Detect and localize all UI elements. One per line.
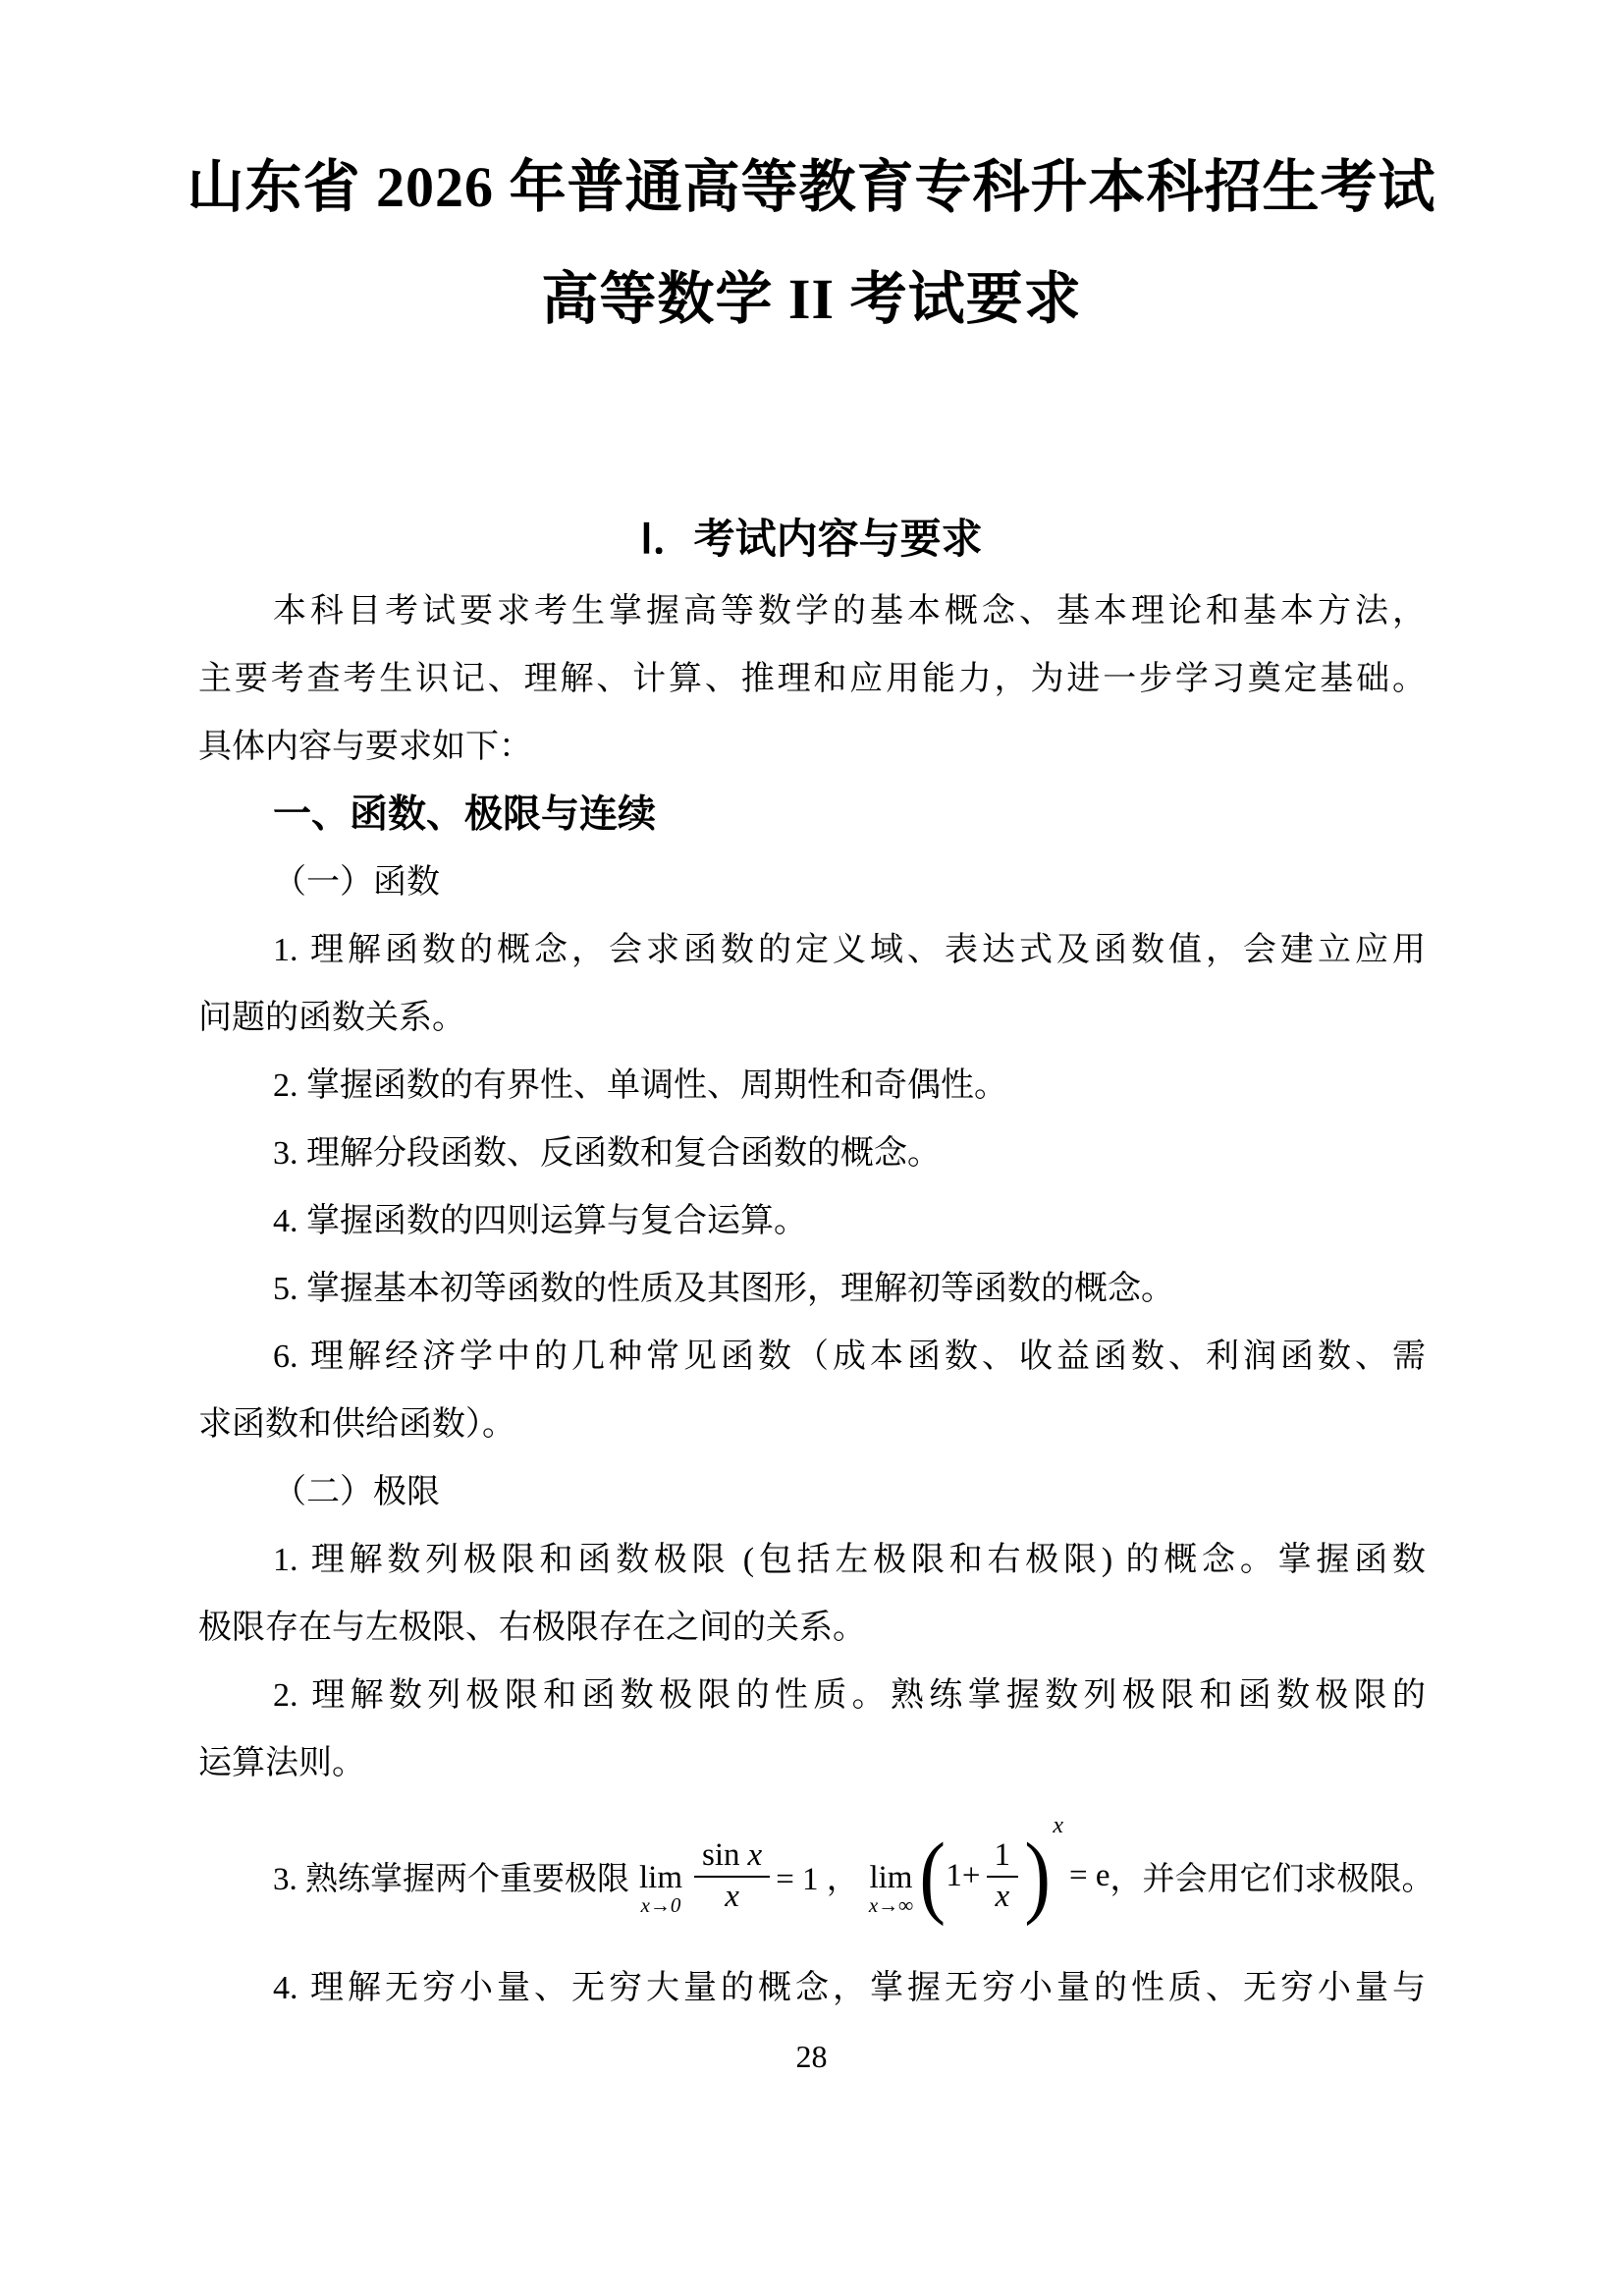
text-line-content: 主要考查考生识记、理解、计算、推理和应用能力，为进一步学习奠定基础。 [198, 661, 1426, 697]
one-plus: 1+ [946, 1858, 980, 1894]
text-line: （一）函数 [198, 848, 1426, 916]
fraction-1-over-x: 1 x [987, 1838, 1019, 1914]
text-line-content: 1. 理解数列极限和函数极限 (包括左极限和右极限) 的概念。掌握函数 [273, 1542, 1426, 1578]
text-line-content: 极限存在与左极限、右极限存在之间的关系。 [198, 1610, 866, 1646]
text-line-content: 1. 理解函数的概念，会求函数的定义域、表达式及函数值，会建立应用 [273, 932, 1426, 968]
sin-word: sin [702, 1837, 740, 1873]
text-line-content: 具体内容与要求如下： [198, 729, 532, 765]
formula-suffix: ，并会用它们求极限。 [1110, 1853, 1434, 1899]
open-paren: ( [919, 1828, 946, 1924]
lim-subscript-x-to-infinity: x→∞ [869, 1894, 913, 1917]
equals-e: = e [1069, 1858, 1110, 1894]
section-heading: Ⅰ．考试内容与要求 [0, 503, 1623, 575]
tail-lines: 4. 理解无穷小量、无穷大量的概念，掌握无穷小量的性质、无穷小量与 [198, 1954, 1426, 2022]
body-lines: 本科目考试要求考生掌握高等数学的基本概念、基本理论和基本方法， 主要考查考生识记… [198, 577, 1426, 1797]
text-line-content: 4. 理解无穷小量、无穷大量的概念，掌握无穷小量的性质、无穷小量与 [273, 1970, 1426, 2006]
text-line: 5. 掌握基本初等函数的性质及其图形，理解初等函数的概念。 [198, 1255, 1426, 1323]
fraction-denominator: x [725, 1878, 739, 1914]
text-line: 1. 理解函数的概念，会求函数的定义域、表达式及函数值，会建立应用 [198, 916, 1426, 984]
text-line: 求函数和供给函数）。 [198, 1391, 1426, 1458]
formula-line: 3. 熟练掌握两个重要极限 lim x→0 sinx x = 1 ， lim x… [198, 1797, 1426, 1954]
text-line-content: 运算法则。 [198, 1745, 365, 1781]
document-title-line2: 高等数学 II 考试要求 [0, 244, 1623, 355]
text-line: 一、函数、极限与连续 [198, 781, 1426, 848]
lim-operator: lim [639, 1862, 682, 1894]
variable-x: x [748, 1837, 763, 1873]
text-line: 4. 理解无穷小量、无穷大量的概念，掌握无穷小量的性质、无穷小量与 [198, 1954, 1426, 2022]
variable-x: x [995, 1879, 1009, 1914]
text-line-content: （二）极限 [273, 1474, 440, 1510]
document-body: 本科目考试要求考生掌握高等数学的基本概念、基本理论和基本方法， 主要考查考生识记… [198, 577, 1426, 2022]
exponent-x: x [1053, 1813, 1063, 1839]
text-line: 6. 理解经济学中的几种常见函数（成本函数、收益函数、利润函数、需 [198, 1323, 1426, 1391]
fraction-numerator: sinx [694, 1838, 770, 1878]
text-line: 2. 理解数列极限和函数极限的性质。熟练掌握数列极限和函数极限的 [198, 1662, 1426, 1729]
text-line-content: 2. 理解数列极限和函数极限的性质。熟练掌握数列极限和函数极限的 [273, 1677, 1426, 1714]
close-paren: ) [1024, 1828, 1051, 1924]
limit-x-to-infinity: lim x→∞ [869, 1862, 913, 1917]
text-line: 问题的函数关系。 [198, 984, 1426, 1052]
text-line: 具体内容与要求如下： [198, 713, 1426, 781]
text-line-content: 求函数和供给函数）。 [198, 1406, 515, 1443]
text-line-content: 问题的函数关系。 [198, 1000, 465, 1036]
lim-operator: lim [869, 1862, 912, 1894]
text-line-content: 本科目考试要求考生掌握高等数学的基本概念、基本理论和基本方法， [273, 593, 1426, 629]
text-line: 1. 理解数列极限和函数极限 (包括左极限和右极限) 的概念。掌握函数 [198, 1526, 1426, 1594]
formula-prefix: 3. 熟练掌握两个重要极限 [273, 1853, 629, 1899]
text-line: 本科目考试要求考生掌握高等数学的基本概念、基本理论和基本方法， [198, 577, 1426, 645]
document-title-line1: 山东省 2026 年普通高等教育专科升本科招生考试 [0, 132, 1623, 244]
text-line: （二）极限 [198, 1458, 1426, 1526]
variable-x: x [1053, 1813, 1063, 1838]
lim-subscript-x-to-0: x→0 [641, 1894, 681, 1917]
text-line: 2. 掌握函数的有界性、单调性、周期性和奇偶性。 [198, 1052, 1426, 1120]
text-line: 主要考查考生识记、理解、计算、推理和应用能力，为进一步学习奠定基础。 [198, 645, 1426, 713]
equals-one: = 1 ， [776, 1853, 859, 1899]
text-line-content: （一）函数 [273, 864, 440, 901]
text-line-content: 2. 掌握函数的有界性、单调性、周期性和奇偶性。 [273, 1067, 1007, 1104]
text-line: 极限存在与左极限、右极限存在之间的关系。 [198, 1594, 1426, 1662]
text-line: 4. 掌握函数的四则运算与复合运算。 [198, 1187, 1426, 1255]
text-line: 运算法则。 [198, 1729, 1426, 1797]
text-line-content: 4. 掌握函数的四则运算与复合运算。 [273, 1203, 807, 1239]
text-line-content: 3. 理解分段函数、反函数和复合函数的概念。 [273, 1135, 941, 1172]
fraction-sinx-over-x: sinx x [694, 1838, 770, 1914]
fraction-numerator: 1 [987, 1838, 1019, 1878]
limit-x-to-0: lim x→0 [639, 1862, 682, 1917]
text-line-content: 5. 掌握基本初等函数的性质及其图形，理解初等函数的概念。 [273, 1271, 1174, 1307]
variable-x: x [725, 1879, 739, 1914]
text-line: 3. 理解分段函数、反函数和复合函数的概念。 [198, 1120, 1426, 1187]
text-line-content: 6. 理解经济学中的几种常见函数（成本函数、收益函数、利润函数、需 [273, 1339, 1426, 1375]
fraction-denominator: x [995, 1878, 1009, 1914]
page-number: 28 [0, 2035, 1623, 2078]
text-line-content: 一、函数、极限与连续 [273, 793, 656, 836]
document-title: 山东省 2026 年普通高等教育专科升本科招生考试 高等数学 II 考试要求 [0, 132, 1623, 355]
